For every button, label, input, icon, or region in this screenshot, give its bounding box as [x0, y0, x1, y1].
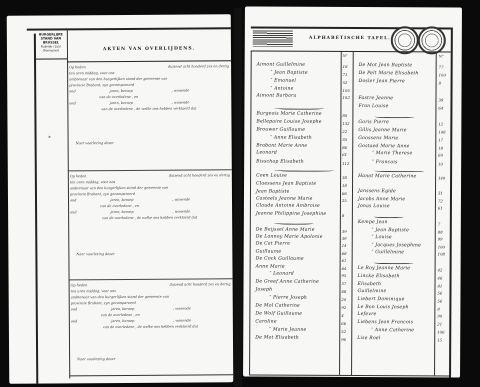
- index-name: Le Roy Jeanne Marie: [358, 266, 411, 271]
- index-name: Goris Pierre: [358, 120, 389, 125]
- index-name: ″ Jean Baptiste: [372, 228, 409, 233]
- seal-stamp-icon: [391, 26, 419, 54]
- index-record-number: 46: [438, 275, 443, 280]
- index-name: Fastre Jeanne: [358, 96, 393, 101]
- index-name: ″ Jacques Josephine: [372, 243, 421, 248]
- index-name: Janssens Egide: [358, 189, 396, 194]
- index-name: ″ Leonard: [270, 272, 294, 277]
- ink-flourish: [274, 107, 324, 110]
- form-line: jaren, beroep: [76, 210, 133, 214]
- index-name: Fran Louise: [358, 104, 388, 109]
- index-name: Anne Marie: [256, 264, 285, 269]
- index-record-number: 108: [438, 251, 445, 256]
- index-record-number: 99: [438, 236, 443, 241]
- index-name: Hanot Marie Catherine: [358, 174, 416, 179]
- index-record-number: 132: [342, 121, 349, 126]
- form-line: jaren, beroep: [77, 319, 134, 323]
- index-record-number: 64: [342, 266, 347, 271]
- index-name: Brabant Marie Anne: [256, 143, 307, 148]
- index-record-number: 77: [439, 64, 444, 69]
- index-record-number: 61: [342, 258, 347, 263]
- index-record-number: 102: [342, 95, 349, 100]
- index-name: Brouwer Guillaume: [256, 127, 305, 132]
- index-record-number: 68: [342, 251, 347, 256]
- index-name: Burgeois Marie Catherine: [256, 111, 321, 116]
- index-record-number: 66: [341, 321, 346, 326]
- index-record-number: 61: [438, 205, 443, 210]
- header-line-2: STAND VAN BRUSSEL: [35, 36, 67, 44]
- op-heden-label: Op heden: [70, 174, 87, 178]
- index-record-number: 105: [343, 88, 350, 93]
- index-record-number: 39: [438, 97, 443, 102]
- index-name: Aimont Barbara: [256, 93, 296, 98]
- index-record-number: 12: [438, 121, 443, 126]
- right-page-outer-rule: [449, 28, 453, 378]
- index-record-number: 52: [341, 329, 346, 334]
- index-title: ALPHABETISCHE TAFEL.: [305, 36, 395, 41]
- ink-flourish: [274, 169, 334, 172]
- index-left-column: Aimont Guillelmine18″ Jean Baptiste71″ E…: [245, 6, 462, 7]
- index-record-number: 8: [437, 306, 439, 311]
- index-name: Claude Antoine Ambroise: [256, 203, 320, 208]
- right-page: ALPHABETISCHE TAFEL. N° N° Aimont Guille…: [243, 6, 462, 377]
- column-rule: [351, 51, 354, 375]
- index-name: ″ Anne Catherine: [371, 328, 414, 333]
- index-record-number: 108: [438, 129, 445, 134]
- index-record-number: 18: [342, 183, 347, 188]
- left-page: BURGERLIJKE STAND VAN BRUSSEL Rubriek / …: [7, 14, 234, 384]
- index-record-number: 92: [341, 305, 346, 310]
- index-name: Gillis Jeanne Marie: [358, 128, 406, 133]
- register-header-box: BURGERLIJKE STAND VAN BRUSSEL Rubriek / …: [35, 32, 67, 59]
- index-name: Guillelmine: [357, 289, 386, 294]
- form-line: van de overledene , en: [71, 313, 140, 317]
- index-name: ″ Marie Jeanne: [269, 328, 306, 333]
- index-name: ″ Emanuel: [271, 79, 297, 84]
- index-name: De Wolf Guillaume: [255, 311, 302, 316]
- index-record-number: 14: [342, 243, 347, 248]
- op-heden-label: Op heden: [69, 65, 86, 69]
- op-heden-label: Op heden: [71, 283, 88, 287]
- index-name: ″ Anne Elisabeth: [270, 136, 312, 141]
- index-name: Lise Roel: [357, 336, 380, 341]
- index-record-number: 81: [437, 283, 442, 288]
- form-footer: Naer voorlezing deser: [70, 139, 230, 146]
- index-name: ″ Pierre Joseph: [269, 296, 307, 301]
- index-record-number: 39: [342, 236, 347, 241]
- index-name: Aimont Guillelmine: [257, 62, 306, 67]
- ink-flourish: [374, 169, 424, 172]
- index-name: Liebert Dominique: [357, 297, 404, 302]
- index-record-number: 100: [438, 244, 445, 249]
- index-record-number: 31: [438, 190, 443, 195]
- index-record-number: 21: [437, 321, 442, 326]
- index-name: ″ Marie Therese: [372, 151, 412, 156]
- index-record-number: 95: [342, 273, 347, 278]
- index-name: Lefevre: [357, 312, 376, 317]
- index-record-number: 10: [438, 161, 443, 166]
- form-footer: Naer voorlezing deser: [71, 355, 231, 362]
- index-name: Caroline: [255, 319, 276, 324]
- index-record-number: 90: [437, 313, 442, 318]
- book-spine: [234, 8, 242, 386]
- index-name: De Mol Catherine: [255, 303, 300, 308]
- index-name: ″ Guillelmine: [372, 250, 405, 255]
- index-record-number: 61: [342, 152, 347, 157]
- form-line: jaren, beroep: [76, 101, 133, 105]
- index-record-number: 66: [342, 191, 347, 196]
- ink-flourish: [374, 115, 414, 118]
- index-record-number: 38: [342, 175, 347, 180]
- index-name: ″ Antoine: [271, 87, 294, 92]
- form-line: van de overledene , de welke ons hebben …: [71, 324, 198, 329]
- index-name: De Mot Jean Baptiste: [359, 63, 413, 68]
- form-footer: Naer voorlezing deser: [70, 250, 230, 257]
- death-record-form-3: Op hedenduizend acht honderd zes en dert…: [71, 281, 232, 362]
- ink-mark: ‣: [48, 133, 52, 141]
- index-name: Le Bon Louis Joseph: [357, 305, 408, 310]
- form-line: jaren, beroep: [76, 89, 133, 93]
- col-head-number: N°: [439, 54, 444, 58]
- index-record-number: 112: [342, 161, 349, 166]
- index-record-number: 64: [438, 105, 443, 110]
- seal-stamp-icon: [418, 26, 446, 54]
- index-record-number: 15: [437, 337, 442, 342]
- index-name: De Cock Guillaume: [256, 256, 304, 261]
- right-page-bottom-rule: [249, 374, 449, 376]
- index-header-rule: [251, 50, 451, 52]
- index-name: Lincke Elisabeth: [358, 274, 400, 279]
- index-record-number: 68: [341, 289, 346, 294]
- index-record-number: 39: [342, 229, 347, 234]
- index-right-column: De Mot Jean Baptiste77De Pelt Marie Elis…: [245, 6, 462, 7]
- index-record-number: 8: [342, 213, 344, 218]
- index-name: Jonas Louise: [358, 204, 390, 209]
- index-record-number: 52: [343, 80, 348, 85]
- index-record-number: 22: [342, 129, 347, 134]
- form-line: van de overledene , en: [69, 95, 138, 99]
- index-name: Jacobs Anne Marie: [358, 197, 405, 202]
- index-name: Claessens Jean Baptiste: [256, 181, 316, 186]
- index-record-number: 4: [341, 313, 343, 318]
- death-record-form-2: Op hedenduizend acht honderd zes en dert…: [70, 172, 231, 257]
- index-name: Joseph: [255, 287, 272, 292]
- ink-flourish: [374, 215, 404, 218]
- index-record-number: 30: [342, 137, 347, 142]
- index-record-number: 18: [343, 64, 348, 69]
- col-head-number: N°: [343, 54, 348, 58]
- index-name: ″ Jean Baptiste: [271, 71, 308, 76]
- index-record-number: 25: [342, 198, 347, 203]
- index-name: Dosler Jean Pierre: [359, 79, 405, 84]
- form-line: jaren, beroep: [77, 307, 134, 311]
- printed-info-box: [253, 30, 293, 46]
- index-name: Goossens Marie: [358, 136, 398, 141]
- form-line: jaren, beroep: [76, 198, 133, 202]
- index-name: Leonard: [256, 150, 277, 155]
- index-record-number: 88: [438, 229, 443, 234]
- index-record-number: 42: [438, 267, 443, 272]
- index-record-number: 106: [437, 329, 444, 334]
- index-record-number: 140: [438, 175, 445, 180]
- index-name: De Pelt Marie Elisabeth: [359, 71, 419, 76]
- index-name: De Cat Pierre: [256, 241, 290, 246]
- index-name: Coen Louise: [256, 173, 287, 178]
- index-record-number: 18: [438, 145, 443, 150]
- index-name: Kempe Jean: [358, 220, 388, 225]
- index-record-number: 100: [439, 72, 446, 77]
- index-record-number: 7: [438, 221, 440, 226]
- death-record-form-1: Op hedenduizend acht honderd zes en dert…: [69, 63, 230, 146]
- column-rule: [434, 51, 437, 375]
- index-name: ″ Louise: [372, 235, 392, 240]
- index-name: Elisabeth: [358, 282, 382, 287]
- index-name: ″ Francois: [372, 160, 397, 165]
- index-name: Jeanne Philippine Josephine: [256, 211, 326, 216]
- header-line-4: (Formulier): [35, 48, 67, 52]
- index-name: Guillaume: [256, 249, 282, 254]
- column-rule: [249, 50, 252, 374]
- index-name: De Lannoy Marie Apolonie: [256, 234, 323, 239]
- index-record-number: 72: [438, 198, 443, 203]
- index-record-number: 20: [341, 297, 346, 302]
- index-name: Bellepaire Louise Josephe: [256, 119, 321, 124]
- right-page-top-rule: [251, 26, 451, 29]
- index-record-number: 80: [342, 113, 347, 118]
- index-record-number: 60: [438, 152, 443, 157]
- ink-flourish: [374, 261, 414, 264]
- index-name: Liebens Jean Francois: [357, 320, 413, 325]
- form-line: van de overledene , de welke ons hebben …: [69, 106, 196, 111]
- index-name: De Mot Elisabeth: [255, 335, 299, 340]
- form-line: van de overledene , en: [70, 204, 139, 208]
- index-name: De Beijssel Anne Marie: [256, 227, 315, 232]
- index-name: Jean Baptiste: [256, 189, 290, 194]
- index-name: Gostaed Marie Anne: [358, 144, 409, 149]
- index-name: De Greef Anne Catherine: [256, 279, 319, 284]
- form-line: van de overledene , de welke ons hebben …: [70, 215, 197, 220]
- index-record-number: 86: [342, 145, 347, 150]
- index-record-number: 57: [342, 281, 347, 286]
- index-record-number: 71: [343, 72, 348, 77]
- index-record-number: 56: [437, 298, 442, 303]
- index-record-number: 56: [437, 290, 442, 295]
- index-record-number: 96: [341, 337, 346, 342]
- ink-flourish: [274, 222, 314, 225]
- index-name: Casteels Jeanne Marie: [256, 196, 313, 201]
- index-record-number: 8: [439, 80, 441, 85]
- index-name: Bisschop Elisabeth: [256, 159, 304, 164]
- index-record-number: 17: [438, 137, 443, 142]
